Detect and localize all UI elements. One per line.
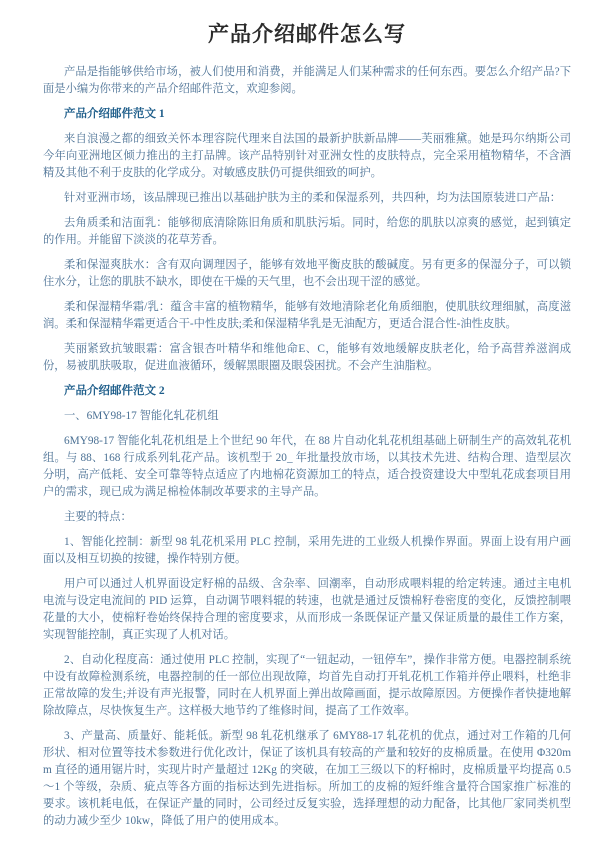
document-page: 产品介绍邮件怎么写 产品是指能够供给市场，被人们使用和消费，并能满足人们某种需求… [0, 0, 600, 849]
paragraph: 去角质柔和洁面乳：能够彻底清除陈旧角质和肌肤污垢。同时，给您的肌肤以凉爽的感觉，… [43, 215, 571, 249]
paragraph: 6MY98-17 智能化轧花机组是上个世纪 90 年代，在 88 片自动化轧花机… [43, 433, 571, 501]
paragraph: 用户可以通过人机界面设定籽棉的品级、含杂率、回潮率，自动形成喂料辊的给定转速。通… [43, 576, 571, 644]
paragraph: 芙丽紧致抗皱眼霜：富含银杏叶精华和维他命E、C，能够有效地缓解皮肤老化，给予高营… [43, 341, 571, 375]
paragraph: 一、6MY98-17 智能化轧花机组 [43, 408, 571, 425]
document-body: 产品是指能够供给市场，被人们使用和消费，并能满足人们某种需求的任何东西。要怎么介… [43, 64, 571, 830]
paragraph: 1、智能化控制：新型 98 轧花机采用 PLC 控制，采用先进的工业级人机操作界… [43, 534, 571, 568]
paragraph: 2、自动化程度高：通过使用 PLC 控制，实现了“一钮起动，一钮停车”，操作非常… [43, 652, 571, 720]
paragraph: 主要的特点： [43, 509, 571, 526]
paragraph: 柔和保湿爽肤水：含有双向调理因子，能够有效地平衡皮肤的酸碱度。另有更多的保湿分子… [43, 257, 571, 291]
section-heading: 产品介绍邮件范文 1 [43, 106, 571, 123]
section-heading: 产品介绍邮件范文 2 [43, 383, 571, 400]
paragraph: 产品是指能够供给市场，被人们使用和消费，并能满足人们某种需求的任何东西。要怎么介… [43, 64, 571, 98]
page-title: 产品介绍邮件怎么写 [43, 20, 571, 48]
paragraph: 来自浪漫之都的细致关怀本理容院代理来自法国的最新护肤新品牌——芙丽雅黛。她是玛尔… [43, 131, 571, 182]
paragraph: 柔和保湿精华霜/乳：蕴含丰富的植物精华，能够有效地清除老化角质细胞，使肌肤纹理细… [43, 299, 571, 333]
paragraph: 3、产量高、质量好、能耗低。新型 98 轧花机继承了 6MY88-17 轧花机的… [43, 728, 571, 830]
paragraph: 针对亚洲市场，该品牌现已推出以基础护肤为主的柔和保湿系列，共四种，均为法国原装进… [43, 190, 571, 207]
